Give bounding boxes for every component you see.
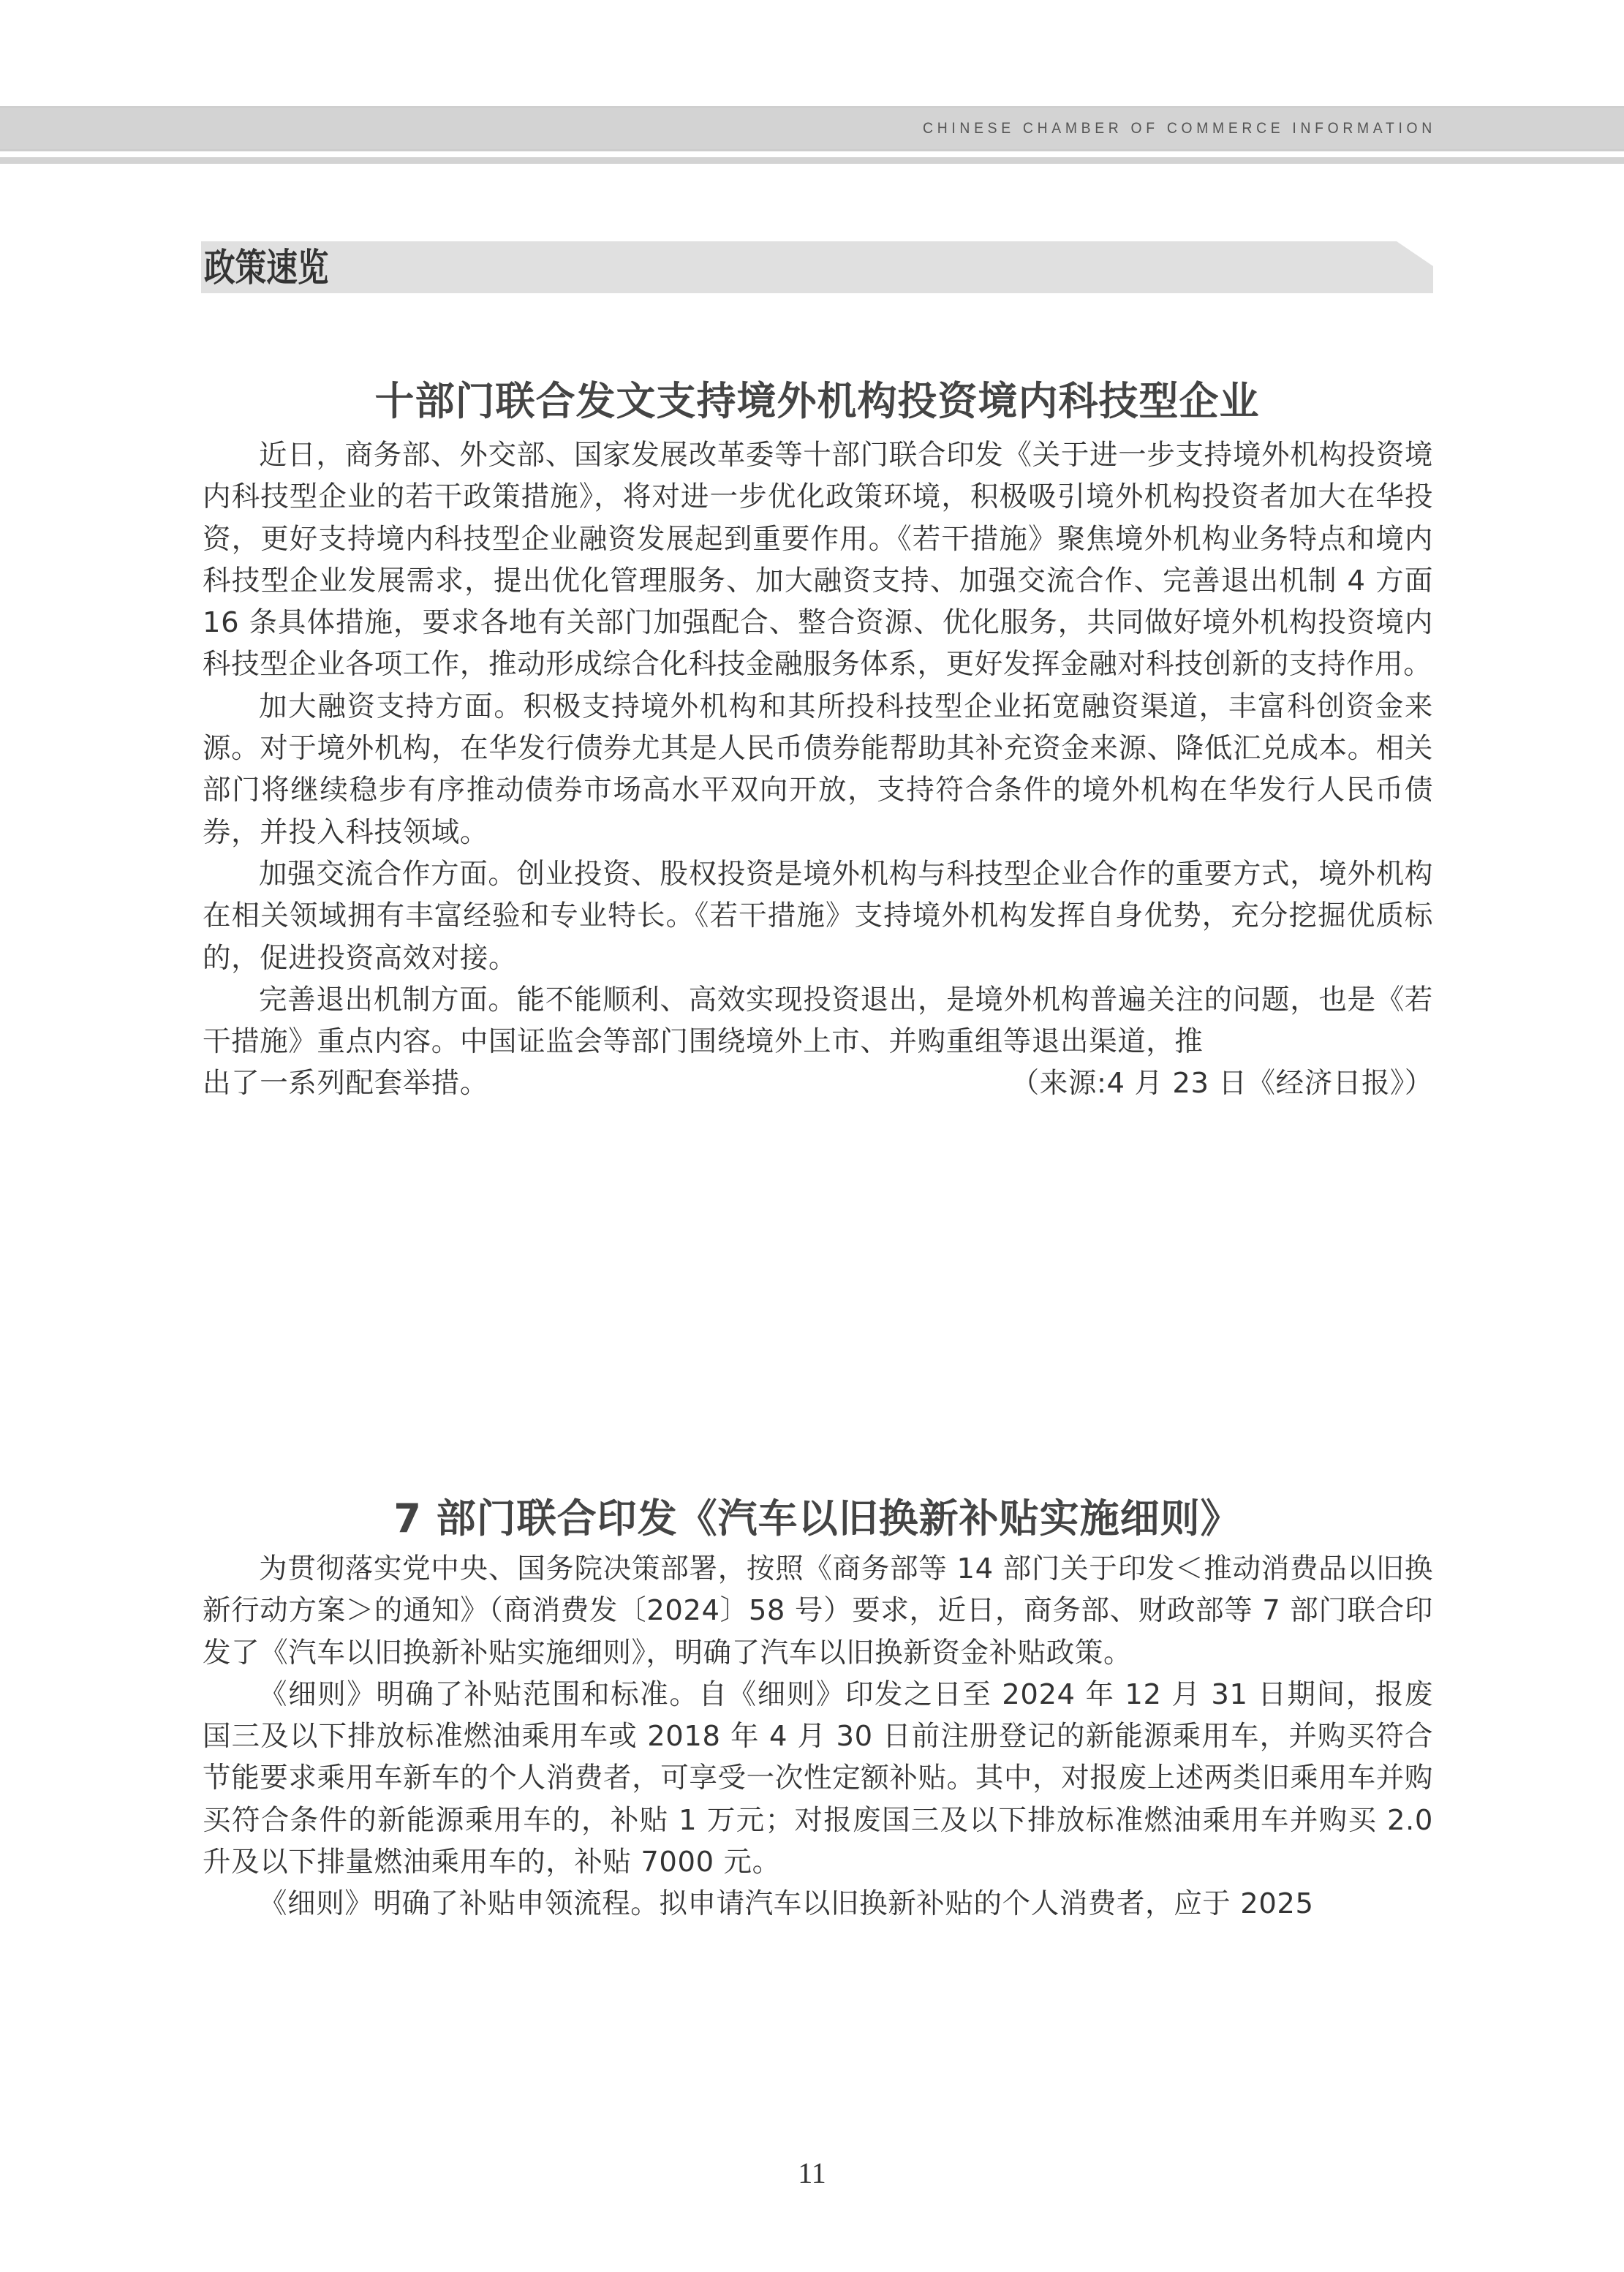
paragraph: 《细则》明确了补贴范围和标准。自《细则》印发之日至 2024 年 12 月 31… bbox=[203, 1674, 1433, 1883]
paragraph: 加大融资支持方面。积极支持境外机构和其所投科技型企业拓宽融资渠道，丰富科创资金来… bbox=[203, 686, 1433, 853]
article-body: 为贯彻落实党中央、国务院决策部署，按照《商务部等 14 部门关于印发＜推动消费品… bbox=[203, 1548, 1433, 1925]
paragraph: 近日，商务部、外交部、国家发展改革委等十部门联合印发《关于进一步支持境外机构投资… bbox=[203, 434, 1433, 686]
source-citation: （来源:4 月 23 日《经济日报》） bbox=[1011, 1063, 1433, 1104]
article-title: 十部门联合发文支持境外机构投资境内科技型企业 bbox=[201, 376, 1433, 427]
article-body: 近日，商务部、外交部、国家发展改革委等十部门联合印发《关于进一步支持境外机构投资… bbox=[203, 434, 1433, 1105]
paragraph: 《细则》明确了补贴申领流程。拟申请汽车以旧换新补贴的个人消费者，应于 2025 bbox=[203, 1883, 1433, 1925]
section-tab: 政策速览 bbox=[201, 241, 1433, 293]
section-label: 政策速览 bbox=[204, 246, 329, 291]
article-title: 7 部门联合印发《汽车以旧换新补贴实施细则》 bbox=[201, 1493, 1433, 1544]
paragraph: 加强交流合作方面。创业投资、股权投资是境外机构与科技型企业合作的重要方式，境外机… bbox=[203, 853, 1433, 979]
publication-name: CHINESE CHAMBER OF COMMERCE INFORMATION bbox=[923, 120, 1436, 137]
paragraph-end-with-source: 出了一系列配套举措。 （来源:4 月 23 日《经济日报》） bbox=[203, 1063, 1433, 1104]
paragraph: 完善退出机制方面。能不能顺利、高效实现投资退出，是境外机构普遍关注的问题，也是《… bbox=[203, 979, 1433, 1063]
page-number: 11 bbox=[0, 2156, 1624, 2190]
running-header: CHINESE CHAMBER OF COMMERCE INFORMATION bbox=[0, 106, 1624, 151]
header-divider bbox=[0, 157, 1624, 164]
paragraph-final-line: 出了一系列配套举措。 bbox=[203, 1063, 488, 1104]
paragraph: 为贯彻落实党中央、国务院决策部署，按照《商务部等 14 部门关于印发＜推动消费品… bbox=[203, 1548, 1433, 1674]
